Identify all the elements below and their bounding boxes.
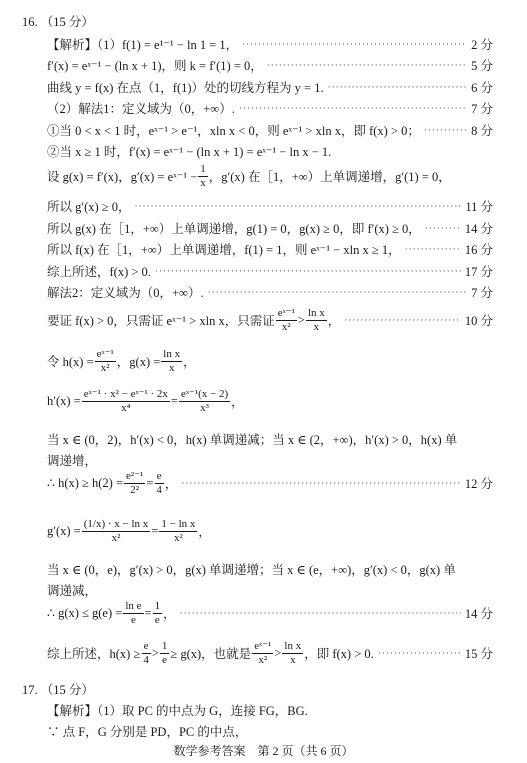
score-label: 17 分 [465, 262, 493, 280]
solution-line: 所以 g(x) 在［1，+∞）上单调递增，g(1) = 0，g(x) ≥ 0，即… [47, 219, 493, 237]
fraction: (1/x) · x − ln xx² [82, 518, 151, 544]
solution-line: 综上所述，f(x) > 0.17 分 [47, 262, 493, 280]
fraction: e4 [141, 640, 151, 666]
solution-line: ∴ g(x) ≤ g(e) = ln ee = 1e，14 分 [47, 600, 493, 626]
solution-line: h′(x) = eˣ⁻¹ · x² − eˣ⁻¹ · 2xx⁴ = eˣ⁻¹(x… [47, 388, 493, 414]
fraction: eˣ⁻¹x² [276, 307, 297, 333]
fraction: 1 − ln xx² [159, 518, 197, 544]
solution-line: ①当 0 < x < 1 时，eˣ⁻¹ > e⁻¹，xln x < 0，则 eˣ… [47, 121, 493, 139]
solution-line: 综上所述，h(x) ≥ e4 > 1e ≥ g(x)，也就是eˣ⁻¹x² > l… [47, 640, 493, 666]
score-label: 2 分 [471, 35, 493, 53]
score-label: 15 分 [465, 644, 493, 662]
fraction: eˣ⁻¹x² [252, 640, 273, 666]
dot-leader [424, 125, 467, 135]
score-label: 5 分 [471, 56, 493, 74]
solution-line: ∵ 点 F，G 分别是 PD，PC 的中点， [47, 722, 493, 740]
fraction: e²⁻¹2² [124, 470, 145, 496]
score-label: 14 分 [465, 604, 493, 622]
question-17-header: 17. （15 分） [22, 680, 493, 698]
score-label: 16 分 [465, 240, 493, 258]
solution-line: 解法2：定义域为（0，+∞）.7 分 [47, 283, 493, 301]
solution-line: 所以 f(x) 在［1，+∞）上单调递增，f(1) = 1，则 eˣ⁻¹ − x… [47, 240, 493, 258]
dot-leader [267, 60, 467, 70]
dot-leader [208, 287, 468, 297]
score-label: 10 分 [465, 311, 493, 329]
fraction: 1e [153, 600, 163, 626]
dot-leader [180, 608, 461, 618]
solution-line: 当 x ∈ (0，e)，g′(x) > 0，g(x) 单调递增；当 x ∈ (e… [47, 560, 493, 578]
score-label: 12 分 [465, 474, 493, 492]
solution-line: 令 h(x) = eˣ⁻¹x²，g(x) = ln xx， [47, 348, 493, 374]
dot-leader [135, 201, 462, 211]
score-label: 7 分 [471, 283, 493, 301]
fraction: ln xx [161, 348, 182, 374]
solution-line: ∴ h(x) ≥ h(2) = e²⁻¹2² = e4，12 分 [47, 470, 493, 496]
fraction: e4 [154, 470, 164, 496]
solution-line: （2）解法1：定义域为（0，+∞）.7 分 [47, 99, 493, 117]
dot-leader [378, 648, 461, 658]
solution-line: 【解析】（1）取 PC 的中点为 G，连接 FG，BG. [47, 701, 493, 719]
solution-line: f′(x) = eˣ⁻¹ − (ln x + 1)，则 k = f′(1) = … [47, 56, 493, 74]
solution-line: 调递增， [47, 451, 493, 469]
score-label: 8 分 [471, 121, 493, 139]
score-label: 11 分 [465, 197, 493, 215]
fraction: 1e [160, 640, 170, 666]
solution-line: 设 g(x) = f′(x)，g′(x) = eˣ⁻¹ − 1x，g′(x) 在… [47, 163, 493, 189]
solution-line: 当 x ∈ (0，2)，h′(x) < 0，h(x) 单调递减；当 x ∈ (2… [47, 430, 493, 448]
fraction: 1x [198, 163, 208, 189]
fraction: eˣ⁻¹x² [95, 348, 116, 374]
solution-line: 曲线 y = f(x) 在点（1，f(1)）处的切线方程为 y = 1.6 分 [47, 78, 493, 96]
score-label: 7 分 [471, 99, 493, 117]
score-label: 14 分 [465, 219, 493, 237]
dot-leader [405, 244, 461, 254]
solution-line: 调递减， [47, 581, 493, 599]
fraction: ln ee [123, 600, 143, 626]
dot-leader [155, 266, 461, 276]
fraction: eˣ⁻¹(x − 2)x³ [179, 388, 230, 414]
dot-leader [425, 223, 461, 233]
dot-leader [181, 478, 460, 488]
dot-leader [344, 315, 461, 325]
page-footer: 数学参考答案 第 2 页（共 6 页） [0, 742, 527, 759]
fraction: eˣ⁻¹ · x² − eˣ⁻¹ · 2xx⁴ [82, 388, 170, 414]
solution-line: 要证 f(x) > 0，只需证 eˣ⁻¹ > xln x，只需证eˣ⁻¹x² >… [47, 307, 493, 333]
dot-leader [242, 39, 467, 49]
question-16-header: 16. （15 分） [22, 12, 493, 30]
solution-line: 【解析】（1）f(1) = e¹⁻¹ − ln 1 = 1，2 分 [47, 35, 493, 53]
score-label: 6 分 [471, 78, 493, 96]
dot-leader [239, 103, 467, 113]
solution-line: g′(x) = (1/x) · x − ln xx² = 1 − ln xx²， [47, 518, 493, 544]
solution-line: 所以 g′(x) ≥ 0，11 分 [47, 197, 493, 215]
solution-line: ②当 x ≥ 1 时，f′(x) = eˣ⁻¹ − (ln x + 1) = e… [47, 142, 493, 160]
fraction: ln xx [306, 307, 327, 333]
fraction: ln xx [282, 640, 303, 666]
dot-leader [328, 82, 468, 92]
